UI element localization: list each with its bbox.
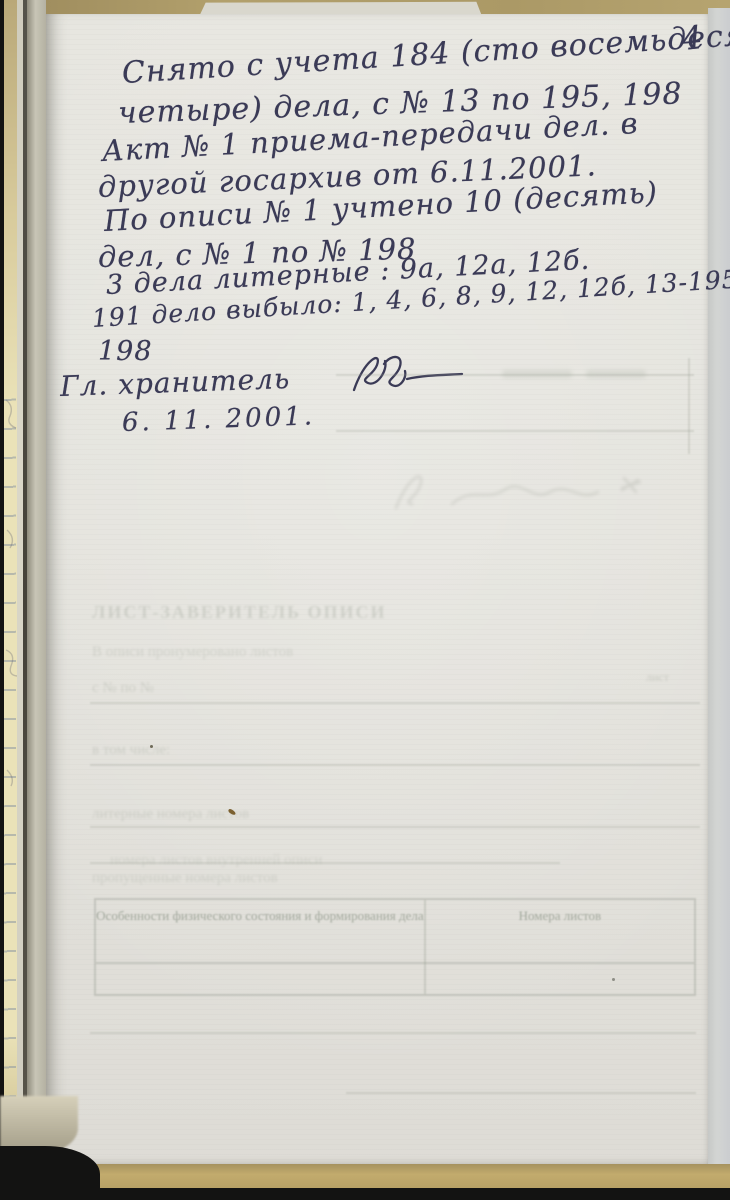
ghost-rule [90, 862, 560, 864]
handwritten-date: 6. 11. 2001. [121, 401, 315, 438]
ghost-rule-vertical [688, 358, 690, 454]
ghost-form-line: номера листов внутренней описи [110, 852, 322, 869]
ghost-rule [90, 764, 700, 766]
ghost-table-header-left: Особенности физического состояния и форм… [96, 900, 426, 994]
archive-cover-bottom-edge [50, 1164, 730, 1190]
ink-marks-on-edge [4, 380, 18, 880]
scanned-archive-page: 4 Снято с учета 184 (сто восемьдесят чет… [0, 0, 730, 1200]
dirt-speck [150, 745, 153, 748]
ghost-form-line: В описи пронумеровано листов [92, 644, 293, 661]
ghost-form-title: ЛИСТ-ЗАВЕРИТЕЛЬ ОПИСИ [92, 602, 387, 623]
ghost-smudge [502, 370, 572, 378]
ghost-rule [90, 1032, 696, 1034]
ghost-form-line: в том числе: [92, 742, 170, 759]
document-page: 4 Снято с учета 184 (сто восемьдесят чет… [46, 14, 708, 1166]
ghost-rule [90, 702, 700, 704]
ghost-form-line: литерные номера листов [92, 806, 249, 823]
ghost-smudge [586, 370, 646, 378]
fore-edge-pages [708, 8, 730, 1168]
ghost-pencil-signature [382, 458, 682, 528]
ghost-form-line: лист [646, 670, 669, 685]
ghost-form-table: Особенности физического состояния и форм… [94, 898, 696, 996]
ghost-table-header-underline [96, 962, 694, 964]
dirt-speck [612, 978, 615, 981]
scan-bottom-black-edge [0, 1188, 730, 1200]
ghost-rule [336, 430, 694, 432]
handwritten-line: 198 [98, 336, 153, 367]
chief-custodian-title: Гл. хранитель [59, 362, 290, 403]
ghost-rule [346, 1092, 696, 1094]
ghost-table-header-right: Номера листов [426, 900, 694, 994]
ghost-form-line: пропущенные номера листов [92, 870, 278, 887]
ghost-rule [90, 826, 700, 828]
ghost-form-line: с № по № [92, 680, 154, 697]
spine-fold-strip [27, 0, 46, 1200]
